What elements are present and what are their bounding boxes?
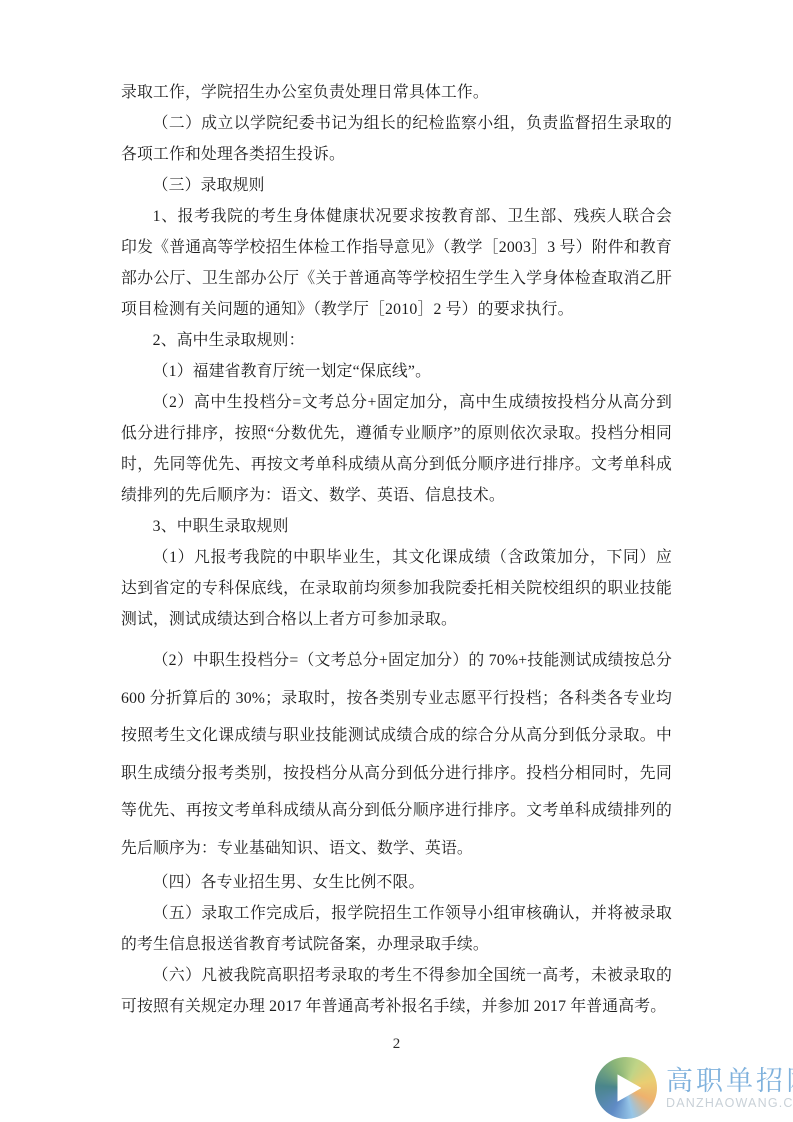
- document-body: 录取工作，学院招生办公室负责处理日常具体工作。 （二）成立以学院纪委书记为组长的…: [121, 77, 672, 1022]
- document-page: 录取工作，学院招生办公室负责处理日常具体工作。 （二）成立以学院纪委书记为组长的…: [0, 0, 793, 1122]
- paragraph: （三）录取规则: [121, 170, 672, 201]
- watermark-text: 高职单招网 DANZHAOWANG.COM: [666, 1067, 793, 1110]
- paragraph: （2）高中生投档分=文考总分+固定加分，高中生成绩按投档分从高分到低分进行排序，…: [121, 387, 672, 511]
- watermark-site-name: 高职单招网: [666, 1067, 793, 1096]
- paragraph: 录取工作，学院招生办公室负责处理日常具体工作。: [121, 77, 672, 108]
- page-number: 2: [0, 1036, 793, 1053]
- paragraph: （五）录取工作完成后，报学院招生工作领导小组审核确认，并将被录取的考生信息报送省…: [121, 898, 672, 960]
- paragraph: （1）凡报考我院的中职毕业生，其文化课成绩（含政策加分，下同）应达到省定的专科保…: [121, 542, 672, 635]
- paragraph: （2）中职生投档分=（文考总分+固定加分）的 70%+技能测试成绩按总分 600…: [121, 642, 672, 867]
- paragraph: 2、高中生录取规则：: [121, 325, 672, 356]
- paragraph: 1、报考我院的考生身体健康状况要求按教育部、卫生部、残疾人联合会印发《普通高等学…: [121, 201, 672, 325]
- danzhaowang-logo-icon: [595, 1057, 657, 1119]
- paragraph: 3、中职生录取规则: [121, 511, 672, 542]
- watermark-site-domain: DANZHAOWANG.COM: [666, 1096, 793, 1110]
- paragraph: （1）福建省教育厅统一划定“保底线”。: [121, 356, 672, 387]
- paragraph: （二）成立以学院纪委书记为组长的纪检监察小组，负责监督招生录取的各项工作和处理各…: [121, 108, 672, 170]
- paragraph: （六）凡被我院高职招考录取的考生不得参加全国统一高考，未被录取的可按照有关规定办…: [121, 960, 672, 1022]
- site-watermark: 高职单招网 DANZHAOWANG.COM: [595, 1057, 793, 1119]
- paragraph: （四）各专业招生男、女生比例不限。: [121, 867, 672, 898]
